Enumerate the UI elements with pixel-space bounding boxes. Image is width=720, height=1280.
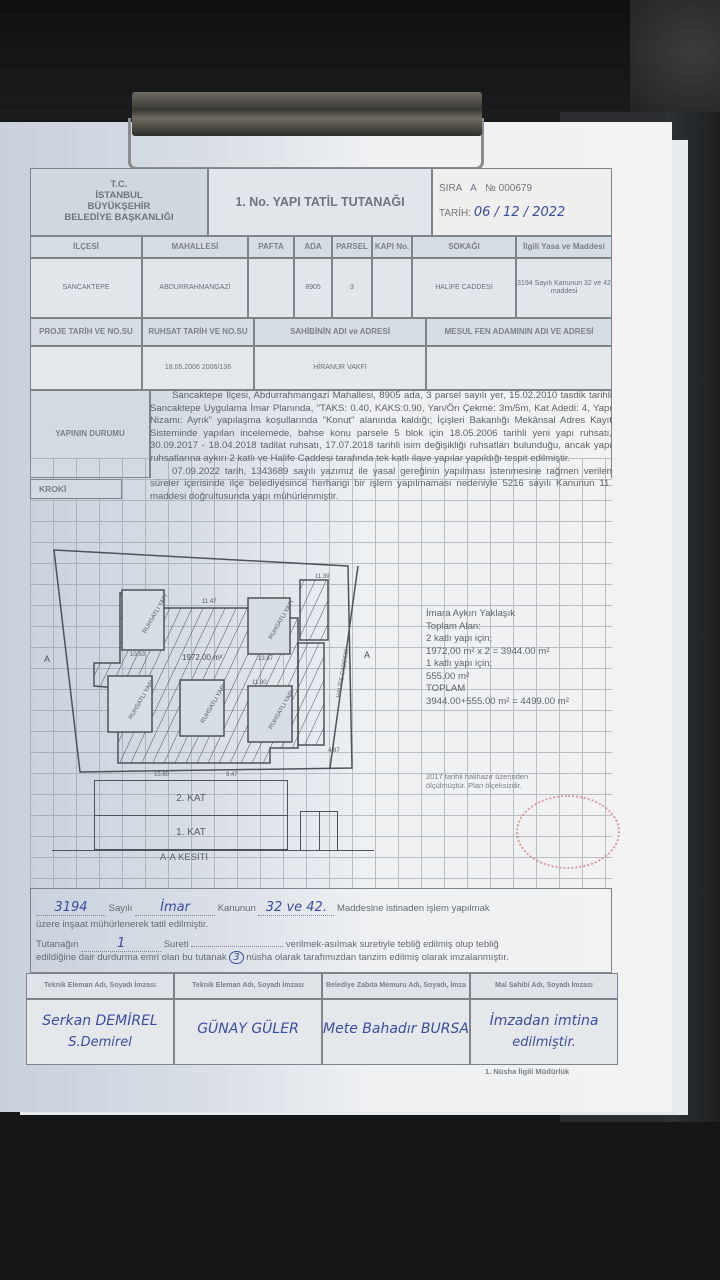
svg-text:11.39: 11.39 [315,574,330,580]
signer-name: GÜNAY GÜLER [197,1021,299,1037]
signature-table: Teknik Eleman Adı, Soyadı İmzasıSerkan D… [26,973,618,1065]
svg-text:9.47: 9.47 [226,772,238,778]
svg-text:A: A [364,650,370,660]
location-value: HALİFE CADDESİ [412,258,516,318]
location-header: İLÇESİ [30,236,142,258]
project-value [426,346,612,390]
official-stamp [516,795,620,869]
svg-text:4.87: 4.87 [328,748,340,754]
location-value: ABDURRAHMANGAZİ [142,258,248,318]
project-header: MESUL FEN ADAMININ ADI VE ADRESİ [426,318,612,346]
location-value: 8905 [294,258,332,318]
location-value: SANCAKTEPE [30,258,142,318]
signer-name: Serkan DEMİREL [42,1013,157,1029]
svg-text:11.47: 11.47 [202,599,217,605]
document-title: 1. No. YAPI TATİL TUTANAĞI [208,168,432,236]
location-header: PAFTA [248,236,294,258]
copy-distribution: 1. Nüsha İlgili Müdürlük [485,1067,569,1076]
location-value [248,258,294,318]
signer-name: Mete Bahadır BURSA [323,1021,469,1037]
scale-note: 2017 tarihli halihazır üzerinden ölçülmü… [426,772,528,790]
project-value [30,346,142,390]
svg-text:15.60: 15.60 [154,772,170,778]
background-cloth [630,0,720,130]
serial-number: SIRA A № 000679 [439,183,532,195]
signature-cell: İmzadan imtinaedilmiştir. [470,999,618,1065]
area-summary: İmara Aykırı Yaklaşık Toplam Alan: 2 kat… [426,608,616,708]
location-value: 3 [332,258,372,318]
signature-header: Teknik Eleman Adı, Soyadı İmzası [26,973,174,999]
location-header: KAPI No. [372,236,412,258]
svg-text:HALİFE CADDESİ: HALİFE CADDESİ [335,648,351,698]
ground-line [52,850,374,851]
svg-text:11.80: 11.80 [252,680,267,686]
location-header: İlgili Yasa ve Maddesi [516,236,612,258]
section-drawing: 2. KAT 1. KAT [94,780,288,850]
signature-cell: Mete Bahadır BURSA [322,999,470,1065]
signature-scribble: edilmiştir. [512,1036,576,1051]
project-header: SAHİBİNİN ADI ve ADRESİ [254,318,426,346]
section-title: A-A KESİTİ [160,852,208,863]
project-header: PROJE TARİH VE NO.SU [30,318,142,346]
signature-header: Teknik Eleman Adı, Soyadı İmzası [174,973,322,999]
svg-text:13.87: 13.87 [258,656,274,662]
project-value: HİRANUR VAKFI [254,346,426,390]
location-value: 3194 Sayılı Kanunun 32 ve 42 maddesi [516,258,612,318]
signature-header: Mal Sahibi Adı, Soyadı İmzası [470,973,618,999]
location-header: ADA [294,236,332,258]
site-plan-sketch: RUHSATLI YAPI RUHSATLI YAPI RUHSATLI YAP… [30,458,430,778]
signer-name: İmzadan imtina [490,1013,599,1029]
svg-text:A: A [44,654,50,664]
document-date: TARİH: 06 / 12 / 2022 [439,206,565,221]
project-value: 18.05.2006 2006/136 [142,346,254,390]
location-header: PARSEL [332,236,372,258]
section-annex [300,811,338,851]
clipboard-clip [128,88,484,174]
org-name: T.C. İSTANBUL BÜYÜKŞEHİR BELEDİYE BAŞKAN… [30,168,208,236]
signature-header: Belediye Zabıta Memuru Adı, Soyadı, İmza [322,973,470,999]
svg-text:1972.00 m²: 1972.00 m² [182,653,223,662]
location-header: SOKAĞI [412,236,516,258]
svg-text:10.53: 10.53 [130,652,146,658]
signature-scribble: S.Demirel [68,1036,132,1051]
serial-date-box: SIRA A № 000679 TARİH: 06 / 12 / 2022 [432,168,612,236]
location-header: MAHALLESİ [142,236,248,258]
signature-cell: GÜNAY GÜLER [174,999,322,1065]
signature-cell: Serkan DEMİRELS.Demirel [26,999,174,1065]
location-value [372,258,412,318]
project-header: RUHSAT TARİH VE NO.SU [142,318,254,346]
